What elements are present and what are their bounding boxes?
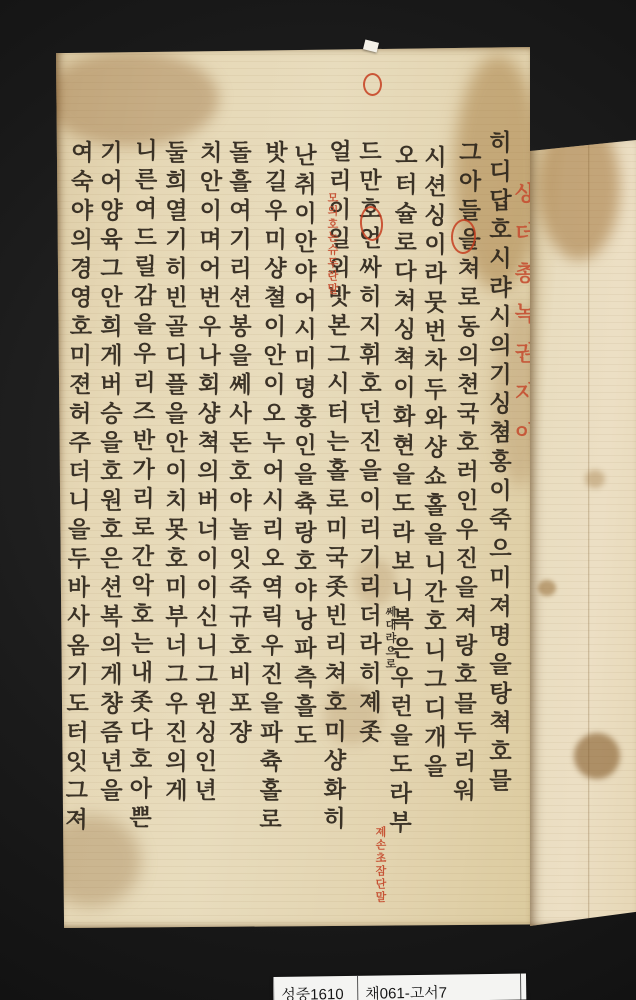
paper-stain <box>574 733 620 779</box>
manuscript-page: 샹더총녹권지이 히디답호시랴시의기싱쳠홍이죽으미져명을탕쳑호믈 그아들을쳐로동의… <box>56 47 530 928</box>
archive-label-left: 성중1610 <box>274 976 358 1000</box>
red-annotation-upper: 모의호논슈두란말 <box>325 192 339 296</box>
paper-stain <box>44 51 219 146</box>
text-column-11: 둘희열기히빈골디플을안이치못호미부너그우진의게 <box>159 140 189 807</box>
archive-label-right: 채061-고서7 <box>358 974 521 1000</box>
text-column-3: 시션싱이라뭇번차두와샹쇼홀을니간호니그디개을 <box>418 145 448 783</box>
text-column-13: 기어양육그안희게버승을호원호은션복의게챵즘년을 <box>94 140 124 807</box>
text-column-10: 치안이며어번우나회샹쳑의버너이이신니그윈싱인년 <box>188 140 224 807</box>
paper-stain <box>538 580 556 596</box>
paper-stain <box>538 115 620 260</box>
archive-label-strip: 성중1610 채061-고서7 <box>273 973 526 1000</box>
interlinear-note: 쎄대랴으로 <box>383 606 397 671</box>
red-annotation-lower: 졔손초잠단말 <box>373 826 387 904</box>
text-column-12: 니른여드릴감을우리즈반가리로간악호는내좃다호아쁜 <box>123 138 159 834</box>
paper-crease <box>588 140 590 926</box>
facing-page-edge <box>530 140 636 926</box>
text-column-7: 난취이안야어시미뎡훙인을츅랑호야낭파측흘도 <box>288 143 318 752</box>
proofread-circle-mark-top <box>363 73 382 96</box>
text-column-8: 밧길우미샹쳘이안이오누어시리오역릭우진을파츅홀로 <box>253 140 289 836</box>
text-column-14: 여숙야의경영호미젼허주더니을두바사옴기도터잇그져 <box>59 140 95 836</box>
archive-label-blank <box>521 973 528 999</box>
text-column-4: 오터슐로다쳐싱쳑이화현을도라보니복은우런을도라부 <box>383 143 419 839</box>
photograph-background: 샹더총녹권지이 히디답호시랴시의기싱쳠홍이죽으미져명을탕쳑호믈 그아들을쳐로동의… <box>0 0 636 1000</box>
text-column-9: 돌흘여기리션봉을쎼사돈호야놀잇죽규호비포쟝 <box>223 140 253 749</box>
text-column-1: 히디답호시랴시의기싱쳠홍이죽으미져명을탕쳑호믈 <box>483 130 513 797</box>
